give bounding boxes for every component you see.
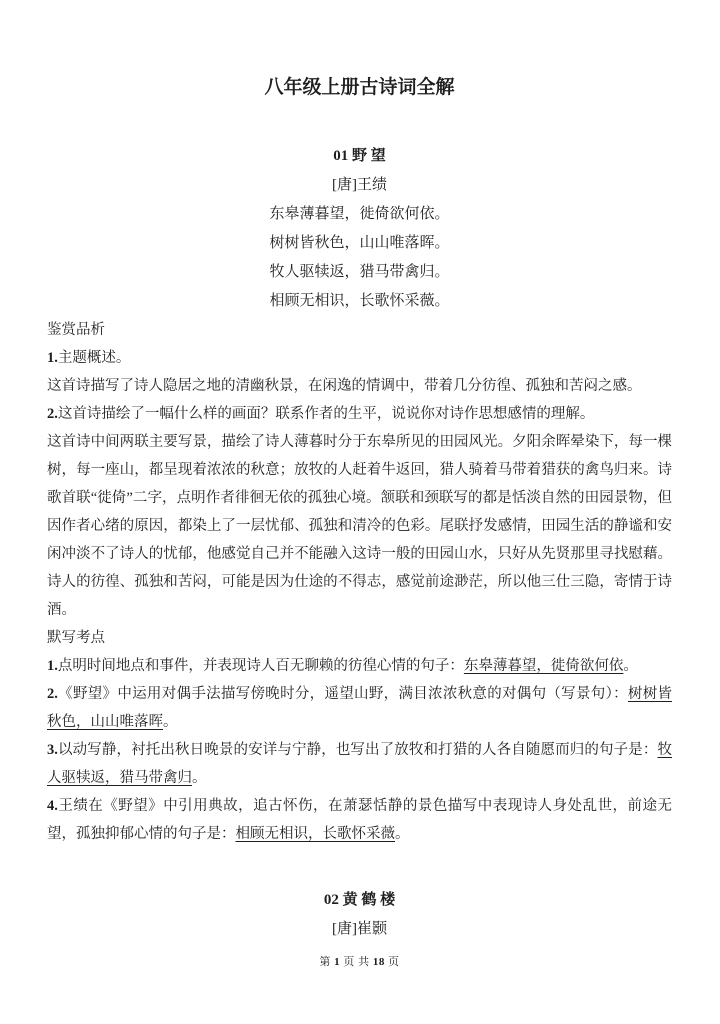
text-segment: 页 [385, 956, 400, 968]
text-segment: 第 [319, 956, 334, 968]
poem-line: 树树皆秋色，山山唯落晖。 [47, 229, 672, 258]
poem-02-heading: 02 黄 鹤 楼 [47, 886, 672, 915]
dictation-items: 1.点明时间地点和事件，并表现诗人百无聊赖的彷徨心情的句子：东皋薄暮望，徙倚欲何… [47, 652, 672, 848]
poem-01-heading: 01 野 望 [47, 142, 672, 171]
poem-section-02: 02 黄 鹤 楼 [唐]崔颢 [47, 886, 672, 944]
text-segment: 3. [47, 742, 58, 758]
page-number: 第 1 页 共 18 页 [319, 956, 399, 968]
text-segment: 1. [47, 658, 58, 674]
text-segment: 2. [47, 686, 58, 702]
dictation-item: 3.以动写静，衬托出秋日晚景的安详与宁静，也写出了放牧和打猎的人各自随愿而归的句… [47, 736, 672, 792]
text-segment: 4. [47, 798, 58, 814]
text-segment: 这首诗中间两联主要写景，描绘了诗人薄暮时分于东皋所见的田园风光。夕阳余晖晕染下，… [47, 434, 672, 618]
poem-line: 相顾无相识，长歌怀采薇。 [47, 287, 672, 316]
poem-01-analysis: 鉴赏品析 1.主题概述。这首诗描写了诗人隐居之地的清幽秋景，在闲逸的情调中，带着… [47, 316, 672, 848]
text-segment: 2. [47, 406, 58, 422]
poem-line: 牧人驱犊返，猎马带禽归。 [47, 258, 672, 287]
text-segment: 以动写静，衬托出秋日晚景的安详与宁静，也写出了放牧和打猎的人各自随愿而归的句子是… [58, 742, 658, 758]
appreciation-label: 鉴赏品析 [47, 316, 672, 344]
answer-underlined: 相顾无相识，长歌怀采薇 [236, 826, 396, 842]
poem-section-01: 01 野 望 [唐]王绩 东皋薄暮望，徙倚欲何依。树树皆秋色，山山唯落晖。牧人驱… [47, 142, 672, 316]
answer-underlined: 东皋薄暮望，徙倚欲何依 [464, 658, 624, 674]
dictation-item: 1.点明时间地点和事件，并表现诗人百无聊赖的彷徨心情的句子：东皋薄暮望，徙倚欲何… [47, 652, 672, 680]
poem-02-author: [唐]崔颢 [47, 915, 672, 944]
dictation-item: 4.王绩在《野望》中引用典故，追古怀伤，在萧瑟恬静的景色描写中表现诗人身处乱世，… [47, 792, 672, 848]
text-segment: 主题概述。 [58, 350, 131, 366]
text-segment: 1. [47, 350, 58, 366]
appreciation-paragraph: 这首诗中间两联主要写景，描绘了诗人薄暮时分于东皋所见的田园风光。夕阳余晖晕染下，… [47, 428, 672, 624]
text-segment: 页 共 [340, 956, 373, 968]
text-segment: 这首诗描写了诗人隐居之地的清幽秋景，在闲逸的情调中，带着几分彷徨、孤独和苦闷之感… [47, 378, 642, 394]
text-segment: 这首诗描绘了一幅什么样的画面？联系作者的生平，说说你对诗作思想感情的理解。 [58, 406, 595, 422]
appreciation-paragraph: 这首诗描写了诗人隐居之地的清幽秋景，在闲逸的情调中，带着几分彷徨、孤独和苦闷之感… [47, 372, 672, 400]
poem-line: 东皋薄暮望，徙倚欲何依。 [47, 200, 672, 229]
text-segment: 18 [373, 956, 385, 968]
appreciation-paragraph: 1.主题概述。 [47, 344, 672, 372]
text-segment: 点明时间地点和事件，并表现诗人百无聊赖的彷徨心情的句子： [58, 658, 464, 674]
poem-01-lines: 东皋薄暮望，徙倚欲何依。树树皆秋色，山山唯落晖。牧人驱犊返，猎马带禽归。相顾无相… [47, 200, 672, 316]
text-segment: 《野望》中运用对偶手法描写傍晚时分，遥望山野，满目浓浓秋意的对偶句（写景句）： [58, 686, 628, 702]
dictation-label: 默写考点 [47, 624, 672, 652]
text-segment: 。 [163, 714, 178, 730]
text-segment: 。 [395, 826, 410, 842]
document-page: 八年级上册古诗词全解 01 野 望 [唐]王绩 东皋薄暮望，徙倚欲何依。树树皆秋… [0, 0, 720, 1024]
dictation-item: 2.《野望》中运用对偶手法描写傍晚时分，遥望山野，满目浓浓秋意的对偶句（写景句）… [47, 680, 672, 736]
text-segment: 。 [623, 658, 638, 674]
document-title: 八年级上册古诗词全解 [47, 76, 672, 100]
appreciation-paragraph: 2.这首诗描绘了一幅什么样的画面？联系作者的生平，说说你对诗作思想感情的理解。 [47, 400, 672, 428]
poem-01-author: [唐]王绩 [47, 171, 672, 200]
appreciation-content: 1.主题概述。这首诗描写了诗人隐居之地的清幽秋景，在闲逸的情调中，带着几分彷徨、… [47, 344, 672, 624]
text-segment: 。 [192, 770, 207, 786]
page-footer: 第 1 页 共 18 页 [47, 956, 672, 969]
